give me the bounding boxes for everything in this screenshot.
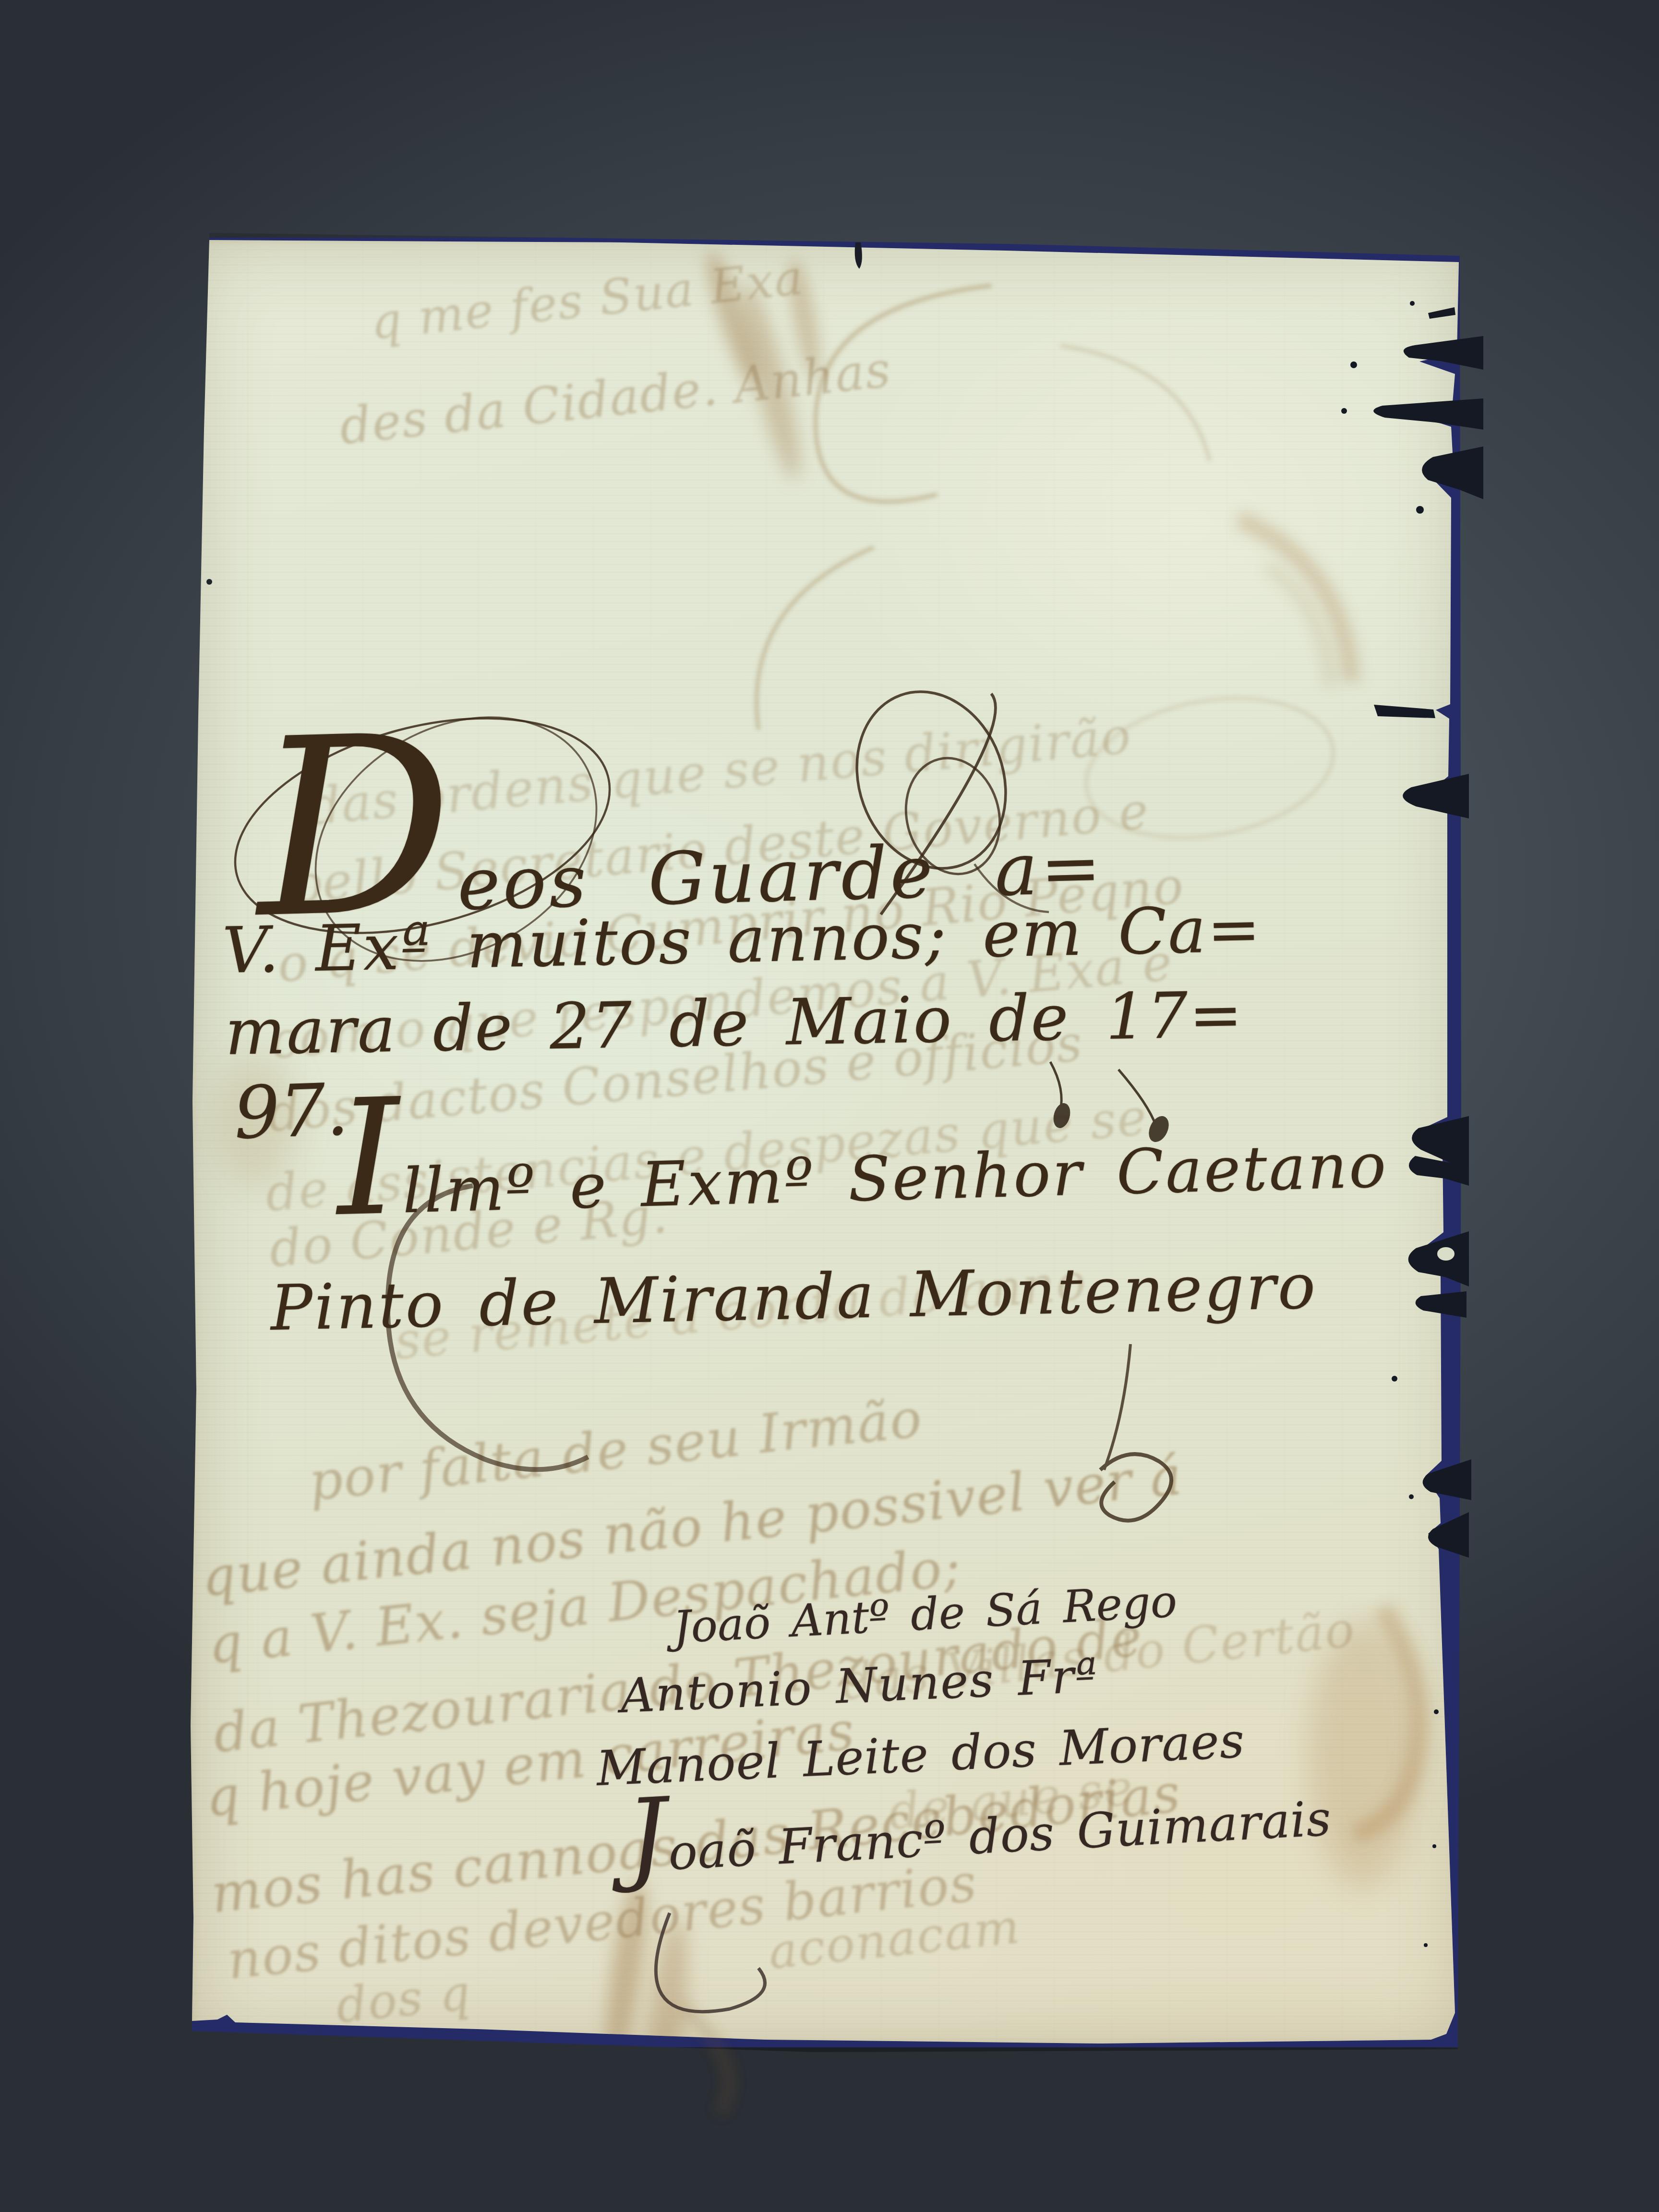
bleedthrough-line: dos q (334, 1969, 473, 2031)
bleedthrough-line: des da Cidade. Anhas (337, 346, 894, 452)
closing-line-3: mara de 27 de Maio de 17= (225, 983, 1244, 1064)
bleedthrough-line: q me fes Sua Exa (368, 253, 806, 347)
closing-line-4: 97. (233, 1074, 350, 1150)
photograph: q me fes Sua Exades da Cidade. Anhasdas … (0, 0, 1659, 2212)
